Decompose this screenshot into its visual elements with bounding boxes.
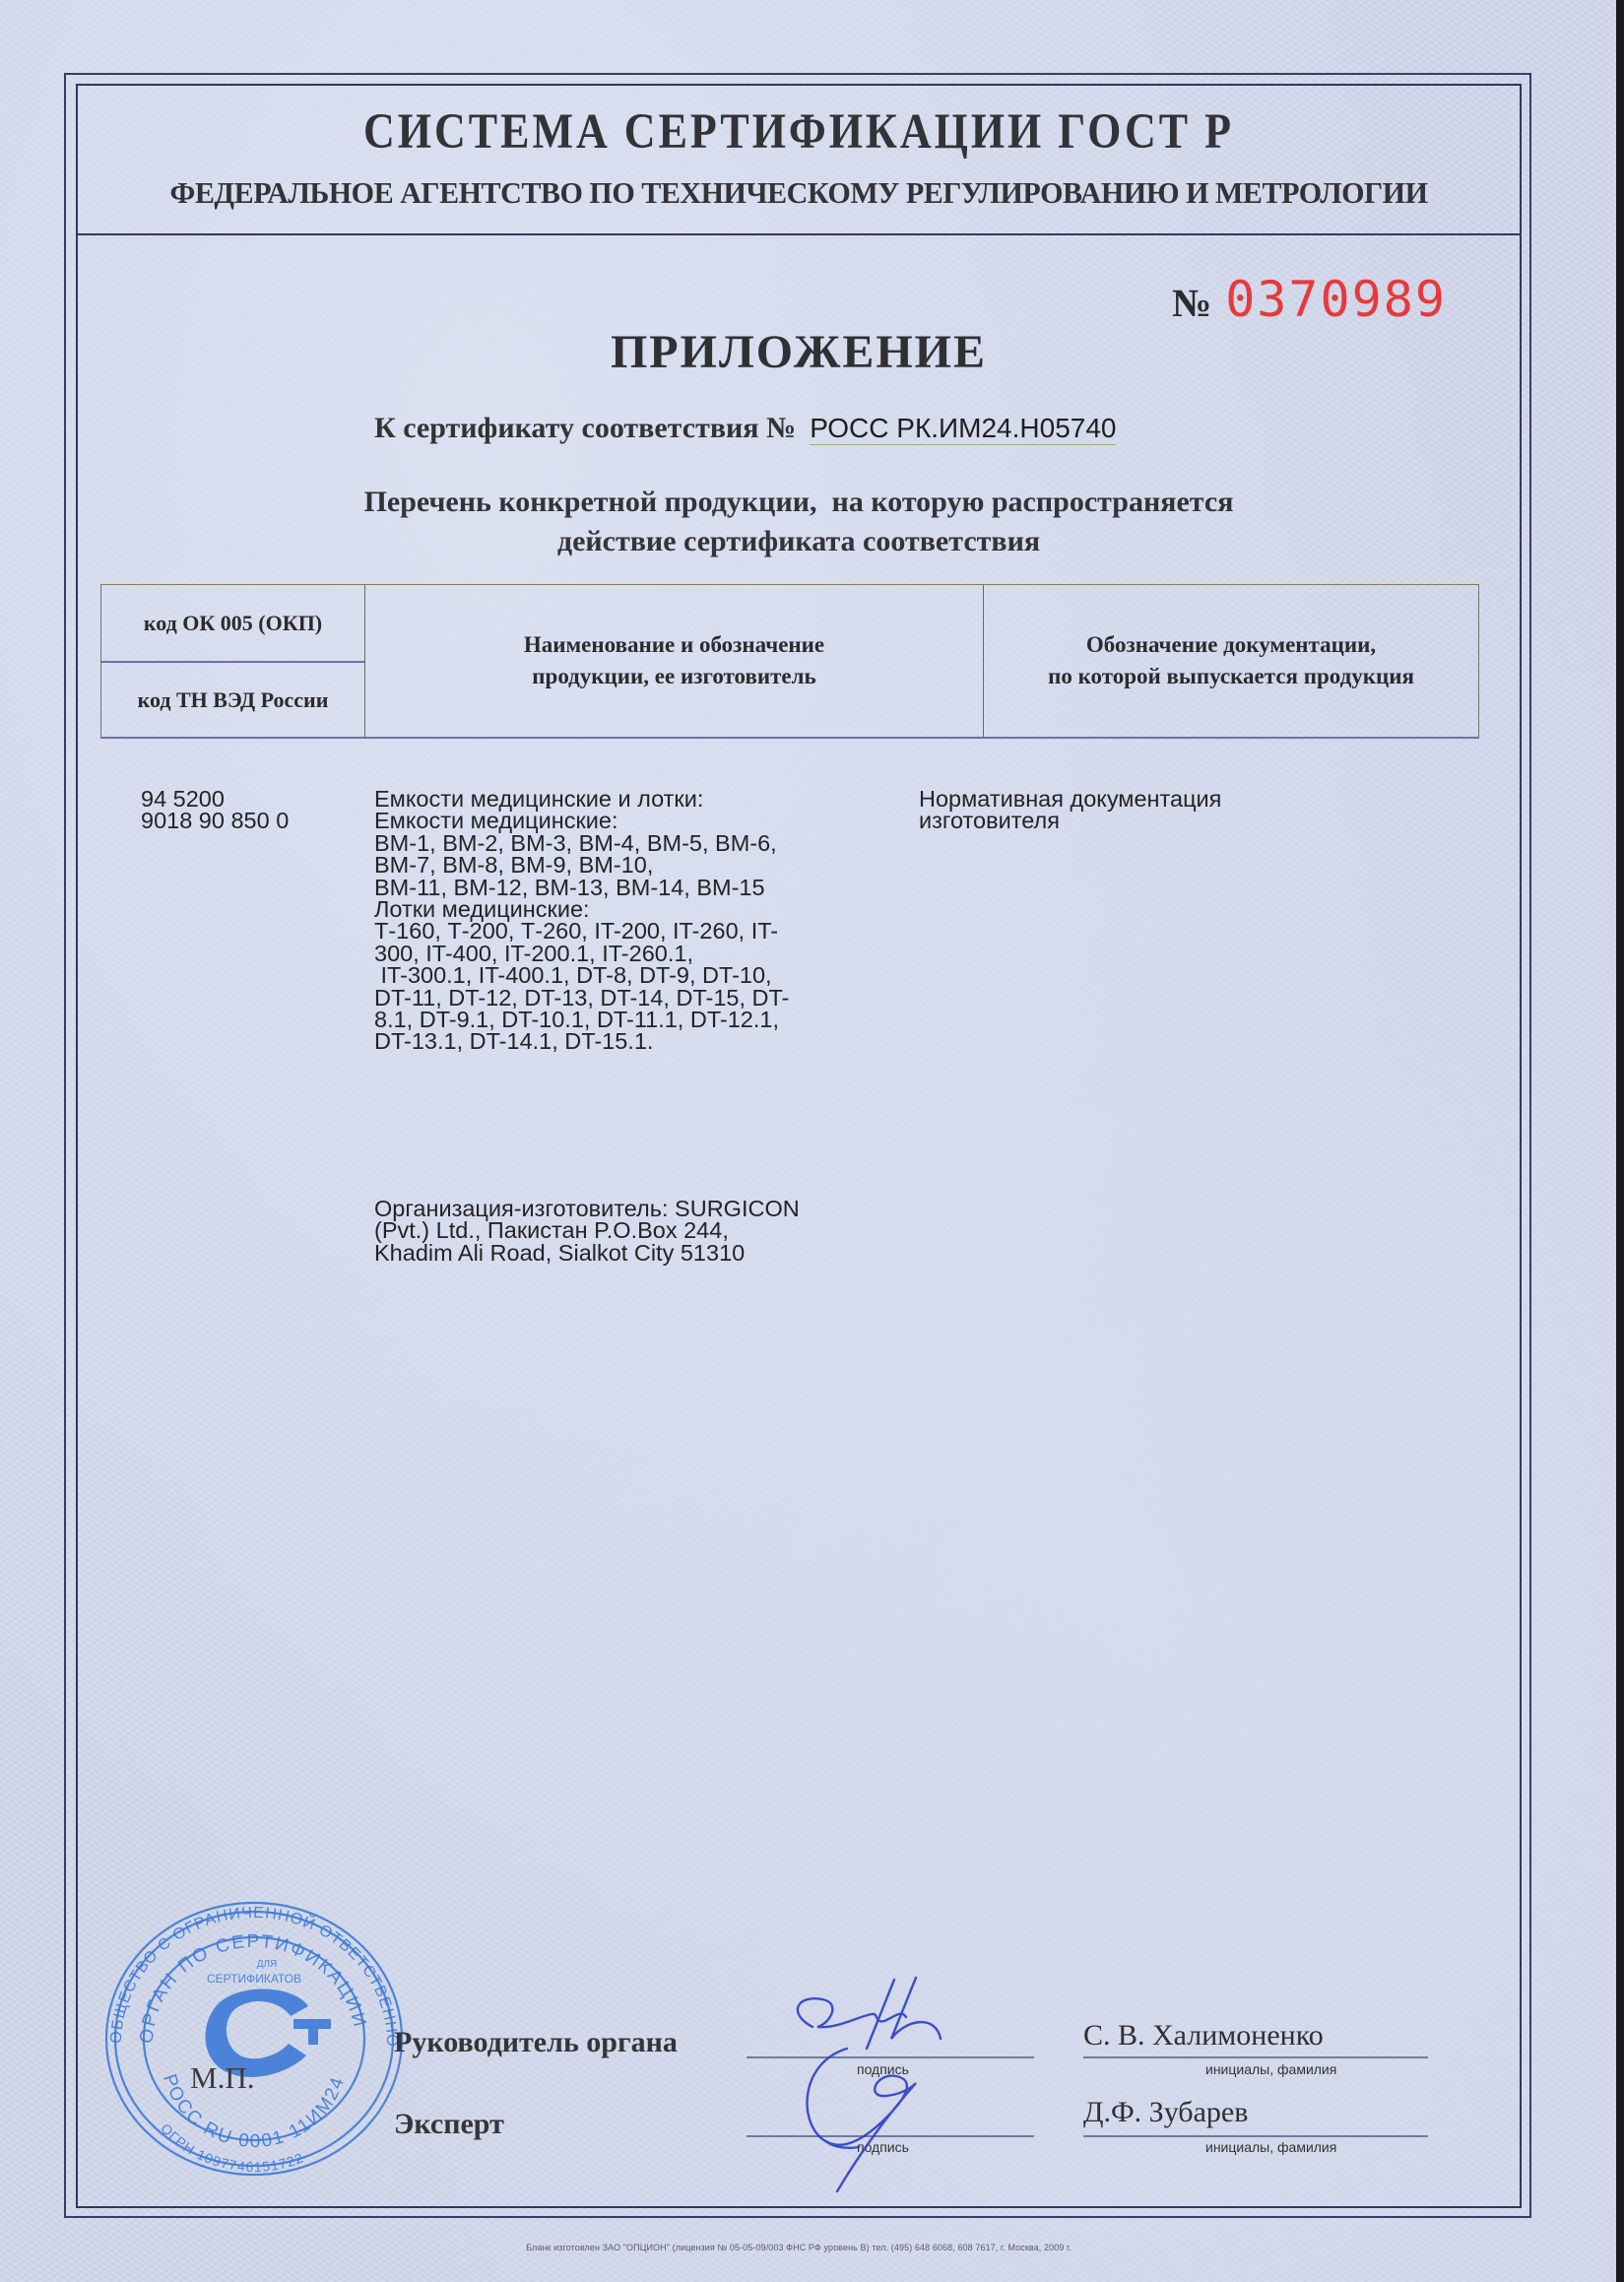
product-line: ВМ-7, ВМ-8, ВМ-9, ВМ-10, (374, 854, 789, 876)
product-list: Емкости медицинские и лотки:Емкости меди… (374, 788, 789, 1053)
agency-name: ФЕДЕРАЛЬНОЕ АГЕНТСТВО ПО ТЕХНИЧЕСКОМУ РЕ… (97, 175, 1500, 211)
signer-name-head: С. В. Халимоненко (1083, 2019, 1324, 2053)
list-heading: Перечень конкретной продукции, на котору… (76, 483, 1522, 561)
products-table-header: код ОК 005 (ОКП) код ТН ВЭД России Наиме… (100, 584, 1479, 739)
certificate-label: К сертификату соответствия № (374, 412, 796, 444)
manufacturer-line: (Pvt.) Ltd., Пакистан P.O.Box 244, (374, 1219, 800, 1241)
system-title: СИСТЕМА СЕРТИФИКАЦИИ ГОСТ Р (76, 102, 1522, 161)
seal-place-label: М.П. (190, 2060, 254, 2096)
manufacturer-line: Организация-изготовитель: SURGICON (374, 1198, 800, 1219)
name-caption-expert: инициалы, фамилия (1205, 2139, 1336, 2155)
code-column-header: код ОК 005 (ОКП) код ТН ВЭД России (101, 585, 365, 737)
serial-number: №0370989 (1172, 271, 1447, 328)
product-line: ВМ-1, ВМ-2, ВМ-3, ВМ-4, ВМ-5, ВМ-6, (374, 832, 789, 854)
number-sign: № (1172, 281, 1211, 325)
header-documentation-text: Обозначение документации, по которой вып… (1048, 629, 1414, 692)
handwritten-signature-icon (768, 1970, 1024, 2196)
header-product: Наименование и обозначение продукции, ее… (365, 585, 984, 737)
form-imprint: Бланк изготовлен ЗАО "ОПЦИОН" (лицензия … (76, 2243, 1522, 2252)
product-line: 8.1, DT-9.1, DT-10.1, DT-11.1, DT-12.1, (374, 1009, 789, 1030)
header-product-text: Наименование и обозначение продукции, ее… (524, 629, 824, 692)
appendix-title: ПРИЛОЖЕНИЕ (76, 325, 1522, 379)
header-divider (76, 233, 1522, 235)
product-codes: 94 5200 9018 90 850 0 (141, 788, 289, 832)
signer-name-expert: Д.Ф. Зубарев (1083, 2096, 1248, 2129)
manufacturer-info: Организация-изготовитель: SURGICON(Pvt.)… (374, 1198, 800, 1264)
manufacturer-line: Khadim Ali Road, Sialkot City 51310 (374, 1242, 800, 1264)
product-line: ВМ-11, ВМ-12, ВМ-13, ВМ-14, ВМ-15 (374, 877, 789, 898)
svg-text:ДЛЯ: ДЛЯ (257, 1959, 278, 1970)
certificate-reference: К сертификату соответствия №РОСС РК.ИМ24… (374, 412, 1116, 445)
inner-frame-border (76, 84, 1522, 2208)
svg-text:СЕРТИФИКАТОВ: СЕРТИФИКАТОВ (207, 1972, 301, 1986)
documentation-line: изготовителя (919, 810, 1221, 831)
product-line: Т-160, Т-200, Т-260, IT-200, IT-260, IT- (374, 920, 789, 942)
list-heading-line-2: действие сертификата соответствия (76, 522, 1522, 561)
header-documentation: Обозначение документации, по которой вып… (984, 585, 1478, 737)
header-code-okp: код ОК 005 (ОКП) (101, 585, 364, 663)
documentation-reference: Нормативная документацияизготовителя (919, 788, 1221, 832)
product-line: DT-11, DT-12, DT-13, DT-14, DT-15, DT- (374, 987, 789, 1009)
code-tnved-value: 9018 90 850 0 (141, 810, 289, 831)
name-caption-head: инициалы, фамилия (1205, 2061, 1336, 2077)
signer-role-expert: Эксперт (394, 2108, 504, 2141)
scan-edge (1616, 0, 1624, 2282)
serial-number-value: 0370989 (1225, 271, 1447, 328)
product-line: 300, IT-400, IT-200.1, IT-260.1, (374, 943, 789, 964)
product-line: IT-300.1, IT-400.1, DT-8, DT-9, DT-10, (374, 964, 789, 986)
certification-stamp-icon: ОБЩЕСТВО С ОГРАНИЧЕННОЙ ОТВЕТСТВЕННОСТЬЮ… (92, 1896, 417, 2177)
certificate-number: РОСС РК.ИМ24.Н05740 (810, 413, 1116, 445)
code-okp-value: 94 5200 (141, 788, 289, 810)
product-line: DT-13.1, DT-14.1, DT-15.1. (374, 1030, 789, 1052)
product-line: Емкости медицинские и лотки: (374, 788, 789, 810)
product-line: Емкости медицинские: (374, 810, 789, 831)
product-line: Лотки медицинские: (374, 898, 789, 920)
signer-role-head: Руководитель органа (394, 2026, 678, 2059)
name-line-expert (1083, 2135, 1428, 2137)
header-code-tnved: код ТН ВЭД России (101, 663, 364, 738)
documentation-line: Нормативная документация (919, 788, 1221, 810)
list-heading-line-1: Перечень конкретной продукции, на котору… (76, 483, 1522, 522)
name-line-head (1083, 2056, 1428, 2058)
